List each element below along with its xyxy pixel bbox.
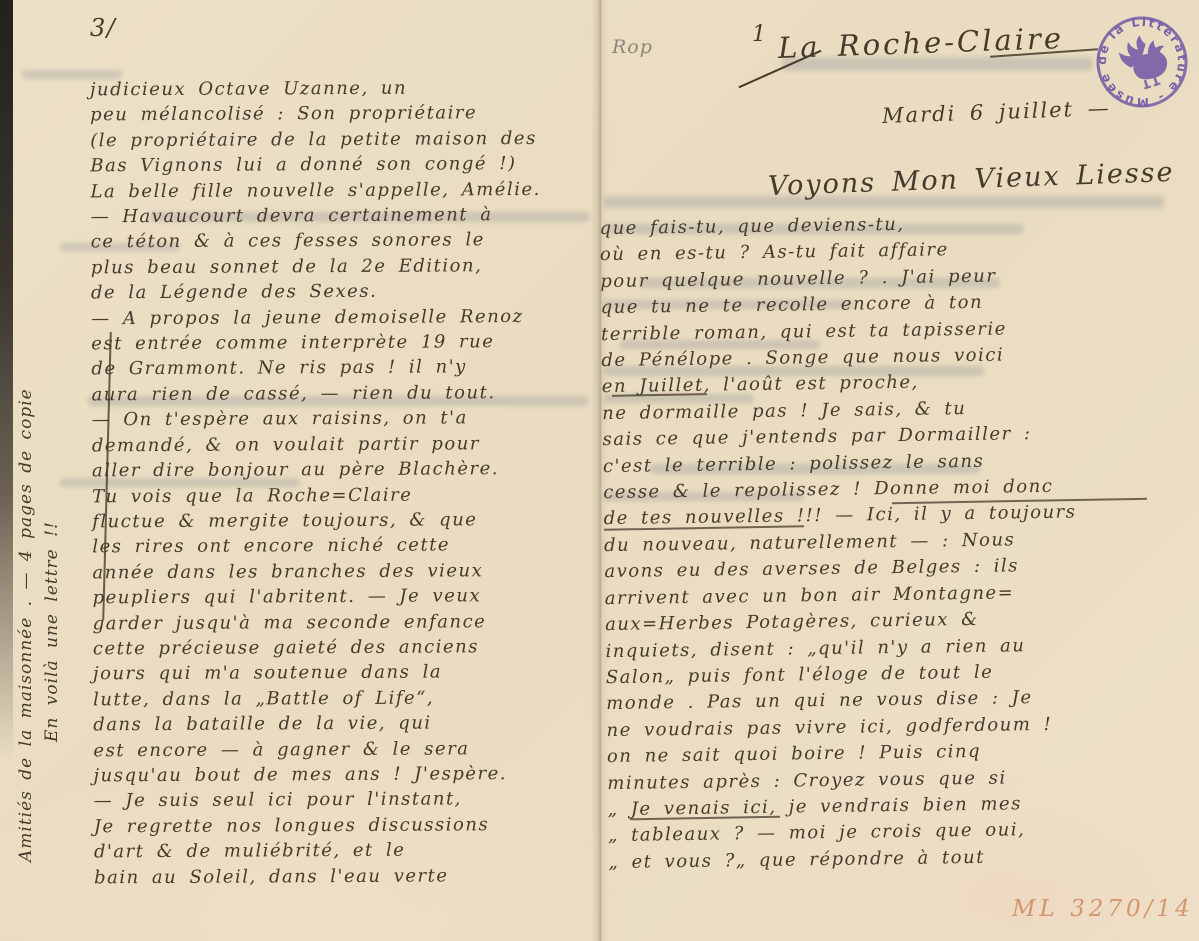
handwritten-line: les rires ont encore niché cette: [92, 532, 597, 560]
handwritten-line: — On t'espère aux raisins, on t'a: [92, 405, 597, 433]
handwritten-line: peupliers qui l'abritent. — Je veux: [93, 583, 598, 611]
handwritten-line: de la Légende des Sexes.: [91, 278, 596, 306]
handwritten-line: fluctue & mergite toujours, & que: [92, 507, 597, 535]
handwritten-line: — Havaucourt devra certainement à: [91, 202, 596, 230]
handwritten-line: demandé, & on voulait partir pour: [92, 430, 597, 458]
handwritten-line: année dans les branches des vieux: [92, 557, 597, 585]
handwritten-line: — A propos la jeune demoiselle Renoz: [91, 303, 596, 331]
letter-scan: 3/ Amitiés de la maisonnée . — 4 pages d…: [0, 0, 1199, 941]
handwritten-line: lutte, dans la „Battle of Life“,: [93, 684, 598, 712]
handwritten-line: est entrée comme interprète 19 rue: [91, 329, 596, 357]
right-page-number: 1: [752, 22, 768, 47]
handwritten-line: — Je suis seul ici pour l'instant,: [94, 786, 599, 814]
pencil-annotation: Rop: [612, 36, 653, 58]
handwritten-line: d'art & de muliébrité, et le: [94, 837, 599, 865]
handwritten-line: (le propriétaire de la petite maison des: [90, 125, 595, 153]
handwritten-line: est encore — à gagner & le sera: [93, 735, 598, 763]
margin-note-line2: En voilà une lettre !!: [42, 442, 62, 742]
handwritten-line: La belle fille nouvelle s'appelle, Améli…: [90, 176, 595, 204]
handwritten-line: ce téton & à ces fesses sonores le: [91, 227, 596, 255]
handwritten-line: judicieux Octave Uzanne, un: [90, 75, 595, 103]
handwritten-line: aura rien de cassé, — rien du tout.: [91, 380, 596, 408]
scan-left-edge: [0, 0, 13, 800]
handwritten-line: aller dire bonjour au père Blachère.: [92, 456, 597, 484]
handwritten-line: dans la bataille de la vie, qui: [93, 710, 598, 738]
handwritten-line: peu mélancolisé : Son propriétaire: [90, 100, 595, 128]
handwritten-line: garder jusqu'à ma seconde enfance: [93, 608, 598, 636]
catalog-number: ML 3270/14: [1012, 896, 1194, 922]
left-page-number: 3/: [90, 14, 116, 42]
handwritten-line: Je regrette nos longues discussions: [94, 811, 599, 839]
handwritten-line: bain au Soleil, dans l'eau verte: [94, 862, 599, 890]
handwritten-line: de Grammont. Ne ris pas ! il n'y: [91, 354, 596, 382]
right-page-body: que fais-tu, que deviens-tu,où en es-tu …: [599, 208, 1193, 876]
handwritten-line: cette précieuse gaieté des anciens: [93, 634, 598, 662]
margin-note-line1: Amitiés de la maisonnée . — 4 pages de c…: [16, 72, 36, 862]
handwritten-line: jusqu'au bout de mes ans ! J'espère.: [93, 761, 598, 789]
handwritten-line: Bas Vignons lui a donné son congé !): [90, 151, 595, 179]
letter-date: Mardi 6 juillet —: [882, 96, 1111, 128]
left-page-body: judicieux Octave Uzanne, unpeu mélancoli…: [90, 75, 599, 891]
handwritten-line: plus beau sonnet de la 2e Edition,: [91, 253, 596, 281]
handwritten-line: jours qui m'a soutenue dans la: [93, 659, 598, 687]
handwritten-line: Tu vois que la Roche=Claire: [92, 481, 597, 509]
